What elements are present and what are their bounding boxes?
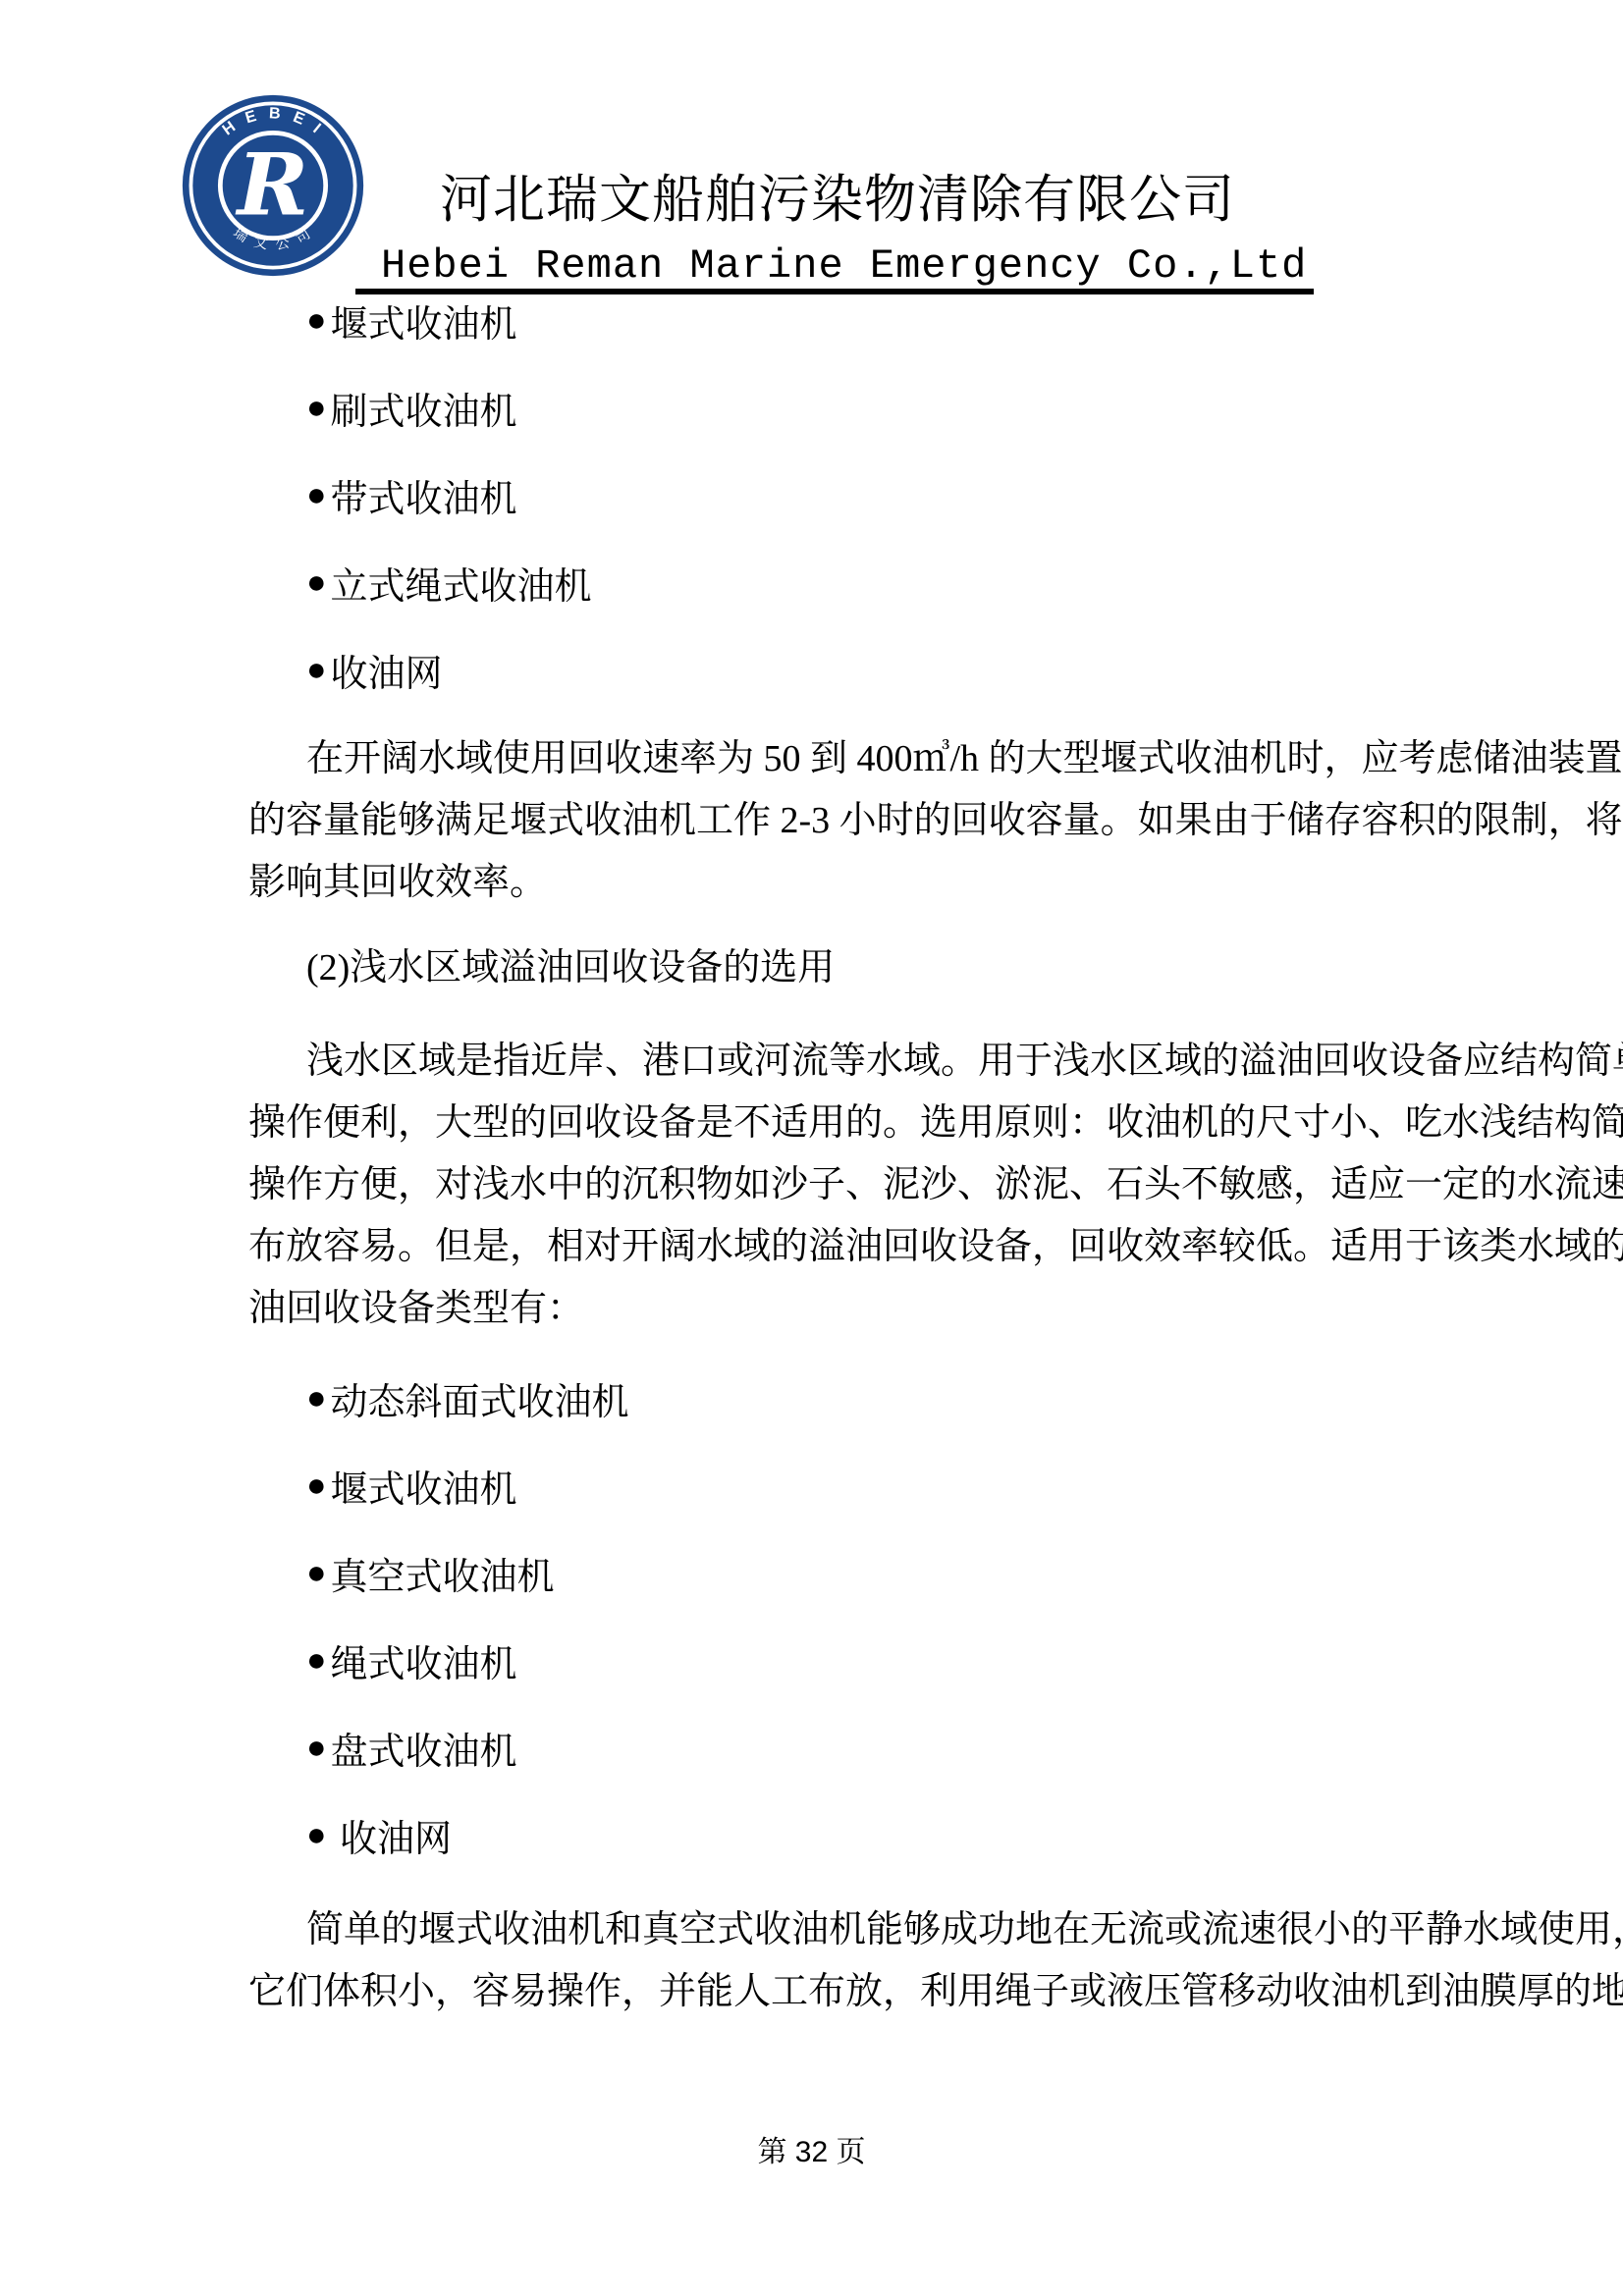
paragraph-calm-water: 简单的堰式收油机和真空式收油机能够成功地在无流或流速很小的平静水域使用， 它们体… [248,1899,1417,2023]
bullet-icon: ● [306,652,327,689]
list-item: ●动态斜面式收油机 [248,1355,1417,1442]
list-item: ●带式收油机 [248,452,1417,539]
list-item-label: 真空式收油机 [331,1546,555,1600]
document-page: H E B E I 瑞 文 公 司 R 河北瑞文船舶污染物清除有限公司 Hebe… [0,0,1623,2296]
list-item-label: 盘式收油机 [331,1721,517,1775]
paragraph-line: 它们体积小，容易操作，并能人工布放，利用绳子或液压管移动收油机到油膜厚的地方。 [248,1961,1417,2023]
skimmer-list-shallow-water: ●动态斜面式收油机 ●堰式收油机 ●真空式收油机 ●绳式收油机 ●盘式收油机 ●… [248,1355,1417,1879]
list-item: ● 收油网 [248,1791,1417,1879]
paragraph-line: 油回收设备类型有： [248,1278,1417,1340]
paragraph-line: 操作方便，对浅水中的沉积物如沙子、泥沙、淤泥、石头不敏感，适应一定的水流速等 [248,1154,1417,1216]
list-item: ●堰式收油机 [248,277,1417,364]
paragraph-open-water: 在开阔水域使用回收速率为 50 到 400㎥/h 的大型堰式收油机时，应考虑储油… [248,728,1417,914]
list-item-label: 刷式收油机 [331,381,517,435]
bullet-icon: ● [306,302,327,340]
bullet-icon: ● [306,390,327,427]
list-item-label: 绳式收油机 [331,1633,517,1687]
list-item-label: 堰式收油机 [331,1459,517,1513]
list-item-label: 动态斜面式收油机 [331,1371,629,1425]
list-item: ●绳式收油机 [248,1617,1417,1704]
list-item-label: 收油网 [331,1808,453,1862]
list-item: ●堰式收油机 [248,1442,1417,1529]
section-heading-text: (2)浅水区域溢油回收设备的选用 [248,937,1417,999]
logo-monogram: R [235,133,309,235]
list-item-label: 立式绳式收油机 [331,556,592,610]
bullet-icon: ● [306,1730,327,1767]
list-item: ●盘式收油机 [248,1704,1417,1791]
bullet-icon: ● [306,1817,327,1854]
paragraph-line: 在开阔水域使用回收速率为 50 到 400㎥/h 的大型堰式收油机时，应考虑储油… [248,728,1417,790]
section-heading: (2)浅水区域溢油回收设备的选用 [248,937,1417,999]
skimmer-list-open-water: ●堰式收油机 ●刷式收油机 ●带式收油机 ●立式绳式收油机 ●收油网 [248,277,1417,714]
list-item: ●真空式收油机 [248,1529,1417,1617]
bullet-icon: ● [306,564,327,602]
bullet-icon: ● [306,1380,327,1417]
bullet-icon: ● [306,1468,327,1505]
paragraph-line: 简单的堰式收油机和真空式收油机能够成功地在无流或流速很小的平静水域使用， [248,1899,1417,1961]
paragraph-line: 影响其回收效率。 [248,852,1417,914]
paragraph-shallow-water: 浅水区域是指近岸、港口或河流等水域。用于浅水区域的溢油回收设备应结构简单、 操作… [248,1031,1417,1340]
paragraph-line: 操作便利，大型的回收设备是不适用的。选用原则：收油机的尺寸小、吃水浅结构简单、 [248,1093,1417,1154]
company-name-zh: 河北瑞文船舶污染物清除有限公司 [440,173,1216,228]
list-item-label: 带式收油机 [331,468,517,522]
list-item-label: 收油网 [331,643,443,697]
bullet-icon: ● [306,1642,327,1680]
list-item-label: 堰式收油机 [331,294,517,347]
paragraph-line: 的容量能够满足堰式收油机工作 2-3 小时的回收容量。如果由于储存容积的限制，将… [248,790,1417,852]
list-item: ●收油网 [248,626,1417,714]
bullet-icon: ● [306,1555,327,1592]
list-item: ●立式绳式收油机 [248,539,1417,626]
list-item: ●刷式收油机 [248,364,1417,452]
page-number: 第 32 页 [0,2132,1623,2173]
bullet-icon: ● [306,477,327,514]
paragraph-line: 布放容易。但是，相对开阔水域的溢油回收设备，回收效率较低。适用于该类水域的溢 [248,1216,1417,1278]
company-logo-icon: H E B E I 瑞 文 公 司 R [180,88,366,283]
paragraph-line: 浅水区域是指近岸、港口或河流等水域。用于浅水区域的溢油回收设备应结构简单、 [248,1031,1417,1093]
